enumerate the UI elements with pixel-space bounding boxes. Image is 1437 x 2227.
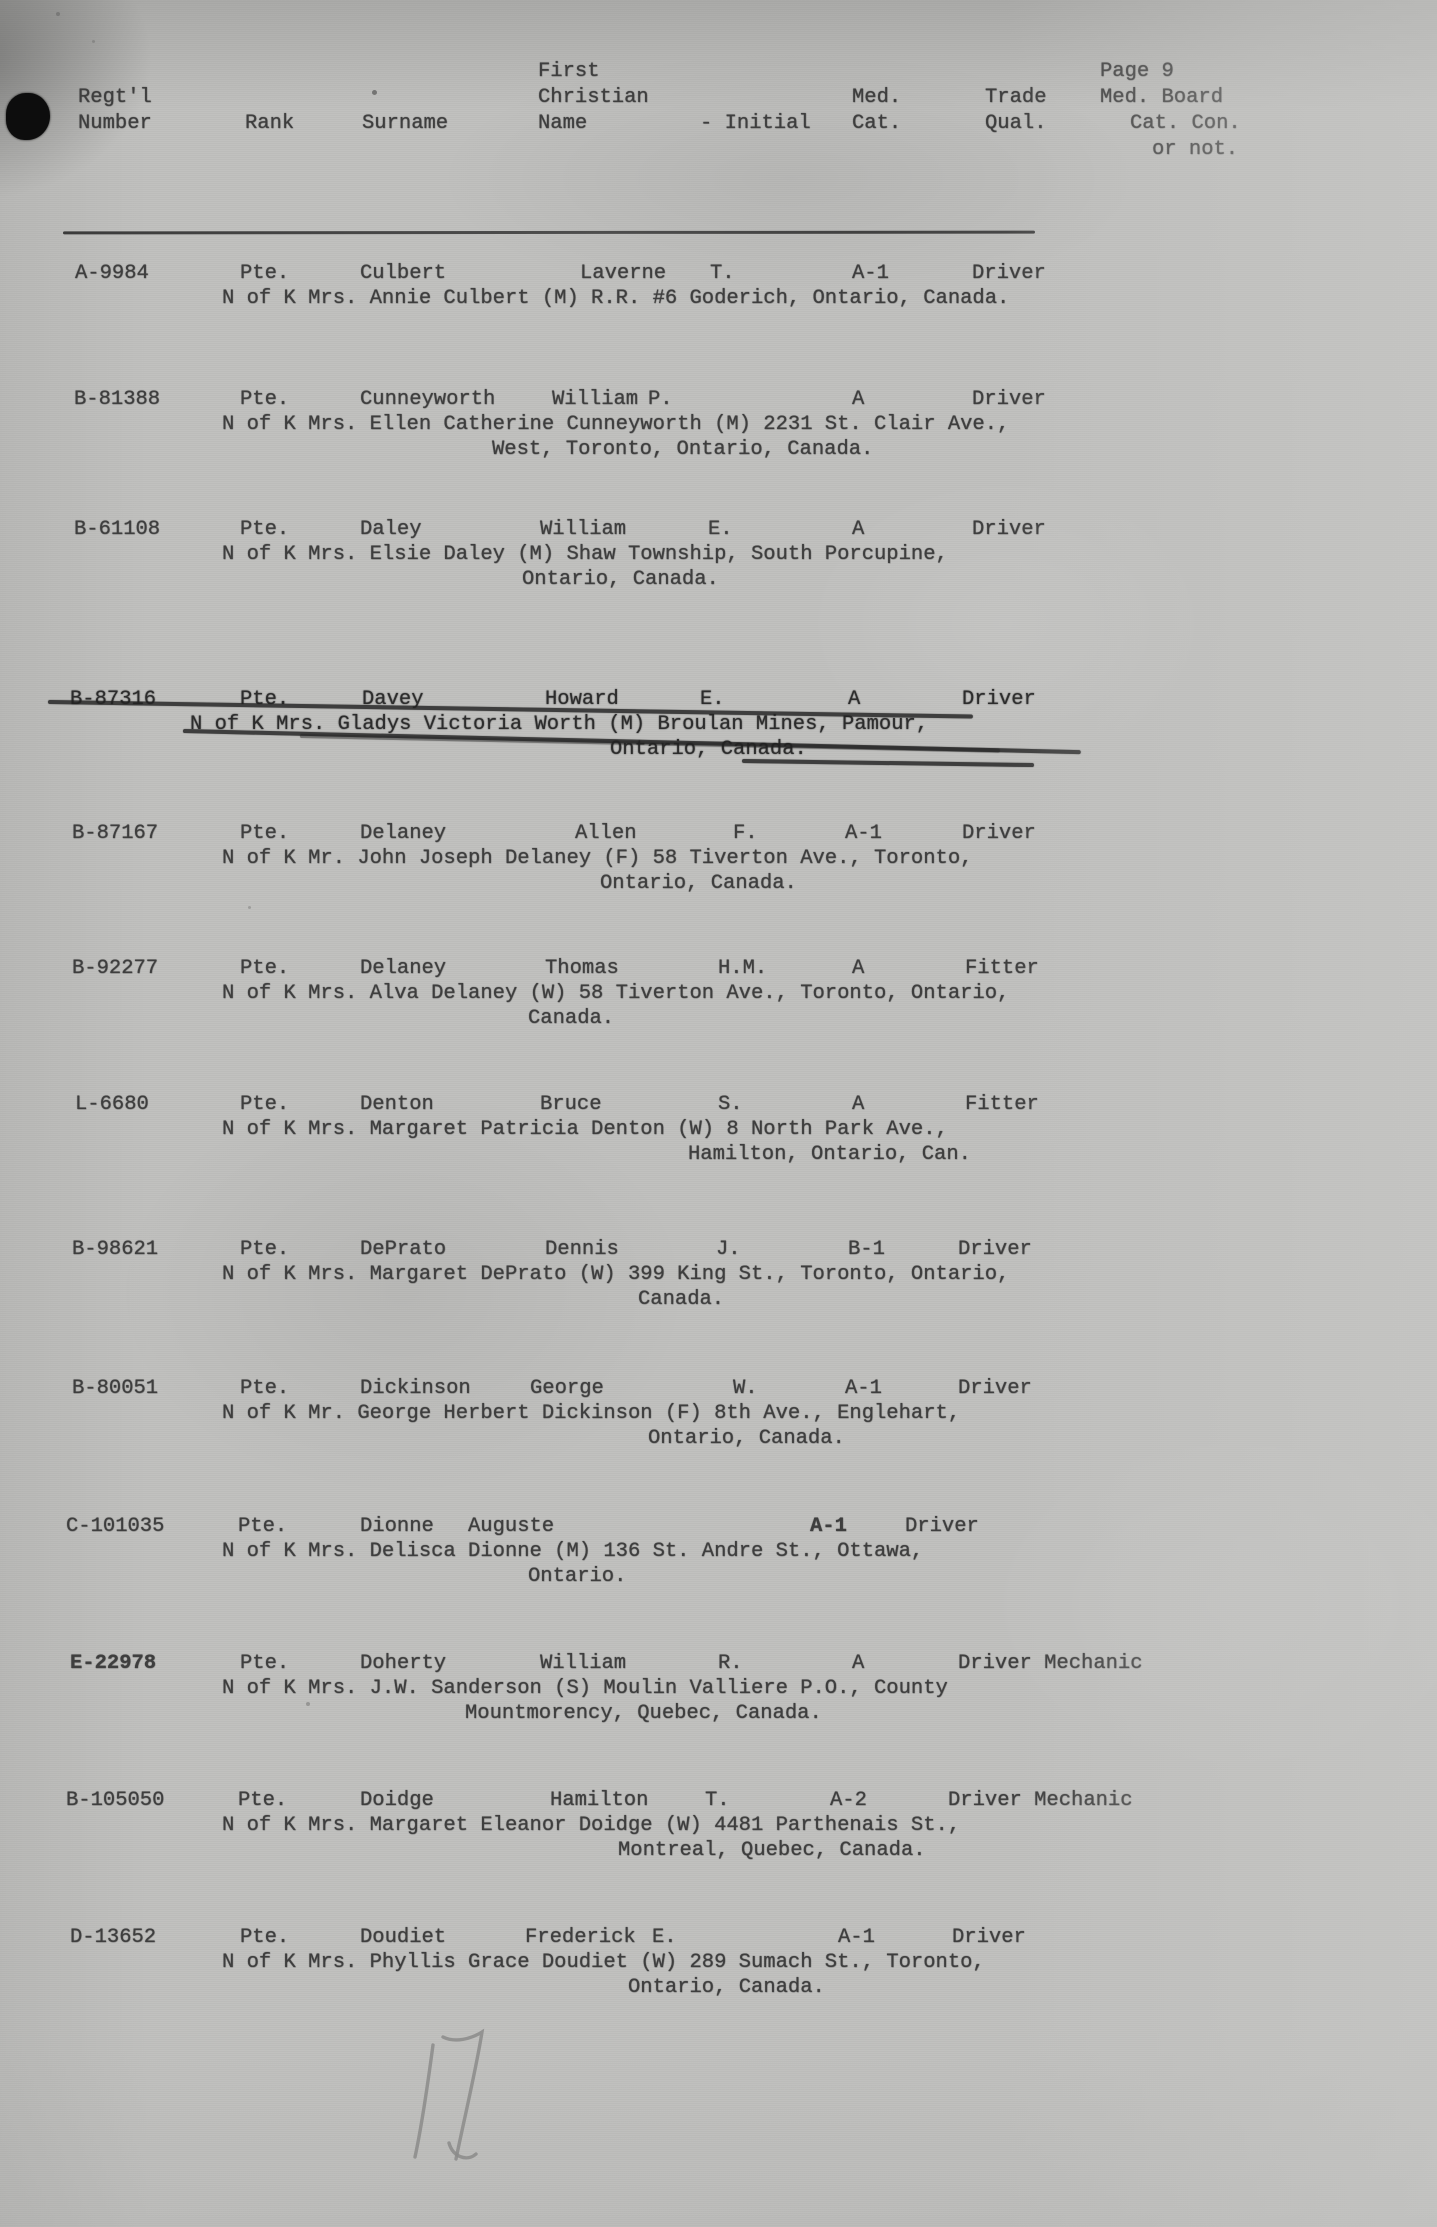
- med-cat: A-1: [852, 262, 889, 285]
- nok-line: N of K Mr. George Herbert Dickinson (F) …: [222, 1402, 960, 1425]
- surname: Dionne: [360, 1515, 434, 1538]
- first-name: Dennis: [545, 1238, 619, 1261]
- nok-line: N of K Mrs. Annie Culbert (M) R.R. #6 Go…: [222, 287, 1009, 310]
- surname: Doudiet: [360, 1926, 446, 1949]
- regtl-number: D-13652: [70, 1926, 156, 1949]
- roster-entry: C-101035 Pte. Dionne Auguste A-1 Driver …: [0, 1515, 1437, 1597]
- trade-qual: Driver Mechanic: [958, 1652, 1143, 1675]
- regtl-number: B-87167: [72, 822, 158, 845]
- roster-entry: A-9984 Pte. Culbert Laverne T. A-1 Drive…: [0, 262, 1437, 344]
- rank: Pte.: [240, 1093, 289, 1116]
- first-name: William: [540, 1652, 626, 1675]
- trade-qual: Driver Mechanic: [948, 1789, 1133, 1812]
- regtl-number: B-81388: [74, 388, 160, 411]
- nok-cont-line: Ontario.: [528, 1565, 626, 1588]
- ink-speck: [248, 906, 251, 909]
- med-cat: A: [852, 957, 864, 980]
- initial: H.M.: [718, 957, 767, 980]
- header-rule: [63, 231, 1035, 235]
- roster-entry: B-92277 Pte. Delaney Thomas H.M. A Fitte…: [0, 957, 1437, 1039]
- nok-cont-line: Hamilton, Ontario, Can.: [688, 1143, 971, 1166]
- rank: Pte.: [240, 1377, 289, 1400]
- nok-line: N of K Mrs. Delisca Dionne (M) 136 St. A…: [222, 1540, 923, 1563]
- trade-qual: Driver: [952, 1926, 1026, 1949]
- col-header-first-line2: Christian: [538, 86, 649, 109]
- rank: Pte.: [240, 518, 289, 541]
- col-header-initial: - Initial: [700, 112, 811, 135]
- regtl-number: C-101035: [66, 1515, 164, 1538]
- first-name: Allen: [575, 822, 637, 845]
- trade-qual: Fitter: [965, 957, 1039, 980]
- roster-entry-struck: B-87316 Pte. Davey Howard E. A Driver N …: [0, 688, 1437, 770]
- roster-entry: D-13652 Pte. Doudiet Frederick E. A-1 Dr…: [0, 1926, 1437, 2008]
- med-cat: A-1: [838, 1926, 875, 1949]
- med-cat: A: [848, 688, 860, 711]
- first-name: William: [552, 388, 638, 411]
- trade-qual: Driver: [962, 688, 1036, 711]
- nok-line: N of K Mrs. Margaret Eleanor Doidge (W) …: [222, 1814, 960, 1837]
- nok-line: N of K Mr. John Joseph Delaney (F) 58 Ti…: [222, 847, 972, 870]
- nok-cont-line: Ontario, Canada.: [522, 568, 719, 591]
- rank: Pte.: [240, 822, 289, 845]
- roster-entry: E-22978 Pte. Doherty William R. A Driver…: [0, 1652, 1437, 1734]
- first-name: Laverne: [580, 262, 666, 285]
- first-name: Bruce: [540, 1093, 602, 1116]
- scanned-roster-page: First Page 9 Regt'l Christian Med. Trade…: [0, 0, 1437, 2227]
- first-name: William: [540, 518, 626, 541]
- med-cat: A: [852, 1652, 864, 1675]
- surname: Daley: [360, 518, 422, 541]
- page-number-label: Page 9: [1100, 60, 1174, 83]
- initial: E.: [652, 1926, 677, 1949]
- initial: R.: [718, 1652, 743, 1675]
- med-cat: A-1: [845, 822, 882, 845]
- nok-cont-line: Ontario, Canada.: [648, 1427, 845, 1450]
- col-header-board-line1: Med. Board: [1100, 86, 1223, 109]
- col-header-trade-line1: Trade: [985, 86, 1047, 109]
- ink-speck: [92, 40, 95, 43]
- regtl-number: B-80051: [72, 1377, 158, 1400]
- ink-speck: [56, 12, 60, 16]
- rank: Pte.: [240, 688, 289, 711]
- med-cat: A: [852, 518, 864, 541]
- surname: Delaney: [360, 822, 446, 845]
- col-header-board-line2: Cat. Con.: [1130, 112, 1241, 135]
- first-name: George: [530, 1377, 604, 1400]
- regtl-number: B-105050: [66, 1789, 164, 1812]
- col-header-board-line3: or not.: [1152, 138, 1238, 161]
- nok-cont-line: Ontario, Canada.: [628, 1976, 825, 1999]
- rank: Pte.: [240, 1652, 289, 1675]
- rank: Pte.: [240, 1238, 289, 1261]
- initial: F.: [733, 822, 758, 845]
- roster-entry: L-6680 Pte. Denton Bruce S. A Fitter N o…: [0, 1093, 1437, 1175]
- nok-line: N of K Mrs. Margaret Patricia Denton (W)…: [222, 1118, 948, 1141]
- col-header-first-line1: First: [538, 60, 600, 83]
- surname: DePrato: [360, 1238, 446, 1261]
- first-name: Thomas: [545, 957, 619, 980]
- rank: Pte.: [240, 1926, 289, 1949]
- col-header-med-line1: Med.: [852, 86, 901, 109]
- initial: E.: [700, 688, 725, 711]
- rank: Pte.: [240, 262, 289, 285]
- med-cat: A: [852, 1093, 864, 1116]
- regtl-number: B-87316: [70, 688, 156, 711]
- initial: J.: [716, 1238, 741, 1261]
- initial: W.: [733, 1377, 758, 1400]
- surname: Culbert: [360, 262, 446, 285]
- med-cat: A-1: [845, 1377, 882, 1400]
- surname: Delaney: [360, 957, 446, 980]
- regtl-number: B-98621: [72, 1238, 158, 1261]
- roster-entry: B-98621 Pte. DePrato Dennis J. B-1 Drive…: [0, 1238, 1437, 1320]
- col-header-rank: Rank: [245, 112, 294, 135]
- pencil-note: [385, 2015, 515, 2175]
- regtl-number: A-9984: [75, 262, 149, 285]
- col-header-regtl-line2: Number: [78, 112, 152, 135]
- med-cat: A: [852, 388, 864, 411]
- trade-qual: Driver: [962, 822, 1036, 845]
- roster-entry: B-61108 Pte. Daley William E. A Driver N…: [0, 518, 1437, 600]
- roster-entry: B-81388 Pte. Cunneyworth William P. A Dr…: [0, 388, 1437, 470]
- trade-qual: Driver: [972, 262, 1046, 285]
- initial: S.: [718, 1093, 743, 1116]
- trade-qual: Driver: [958, 1238, 1032, 1261]
- nok-cont-line: Montreal, Quebec, Canada.: [618, 1839, 926, 1862]
- first-name: Hamilton: [550, 1789, 648, 1812]
- surname: Doidge: [360, 1789, 434, 1812]
- rank: Pte.: [240, 388, 289, 411]
- regtl-number: E-22978: [70, 1652, 156, 1675]
- regtl-number: B-92277: [72, 957, 158, 980]
- nok-cont-line: Canada.: [528, 1007, 614, 1030]
- nok-line: N of K Mrs. Elsie Daley (M) Shaw Townshi…: [222, 543, 948, 566]
- surname: Cunneyworth: [360, 388, 495, 411]
- roster-entry: B-105050 Pte. Doidge Hamilton T. A-2 Dri…: [0, 1789, 1437, 1871]
- nok-line: N of K Mrs. Phyllis Grace Doudiet (W) 28…: [222, 1951, 985, 1974]
- med-cat: A-1: [810, 1515, 847, 1538]
- nok-cont-line: West, Toronto, Ontario, Canada.: [492, 438, 873, 461]
- nok-line: N of K Mrs. Alva Delaney (W) 58 Tiverton…: [222, 982, 1009, 1005]
- col-header-regtl-line1: Regt'l: [78, 86, 152, 109]
- rank: Pte.: [238, 1789, 287, 1812]
- initial: E.: [708, 518, 733, 541]
- rank: Pte.: [238, 1515, 287, 1538]
- nok-line: N of K Mrs. Ellen Catherine Cunneyworth …: [222, 413, 1009, 436]
- trade-qual: Driver: [905, 1515, 979, 1538]
- first-name: Auguste: [468, 1515, 554, 1538]
- initial: T.: [705, 1789, 730, 1812]
- hole-punch-mark: [6, 93, 50, 140]
- strikethrough-line: [742, 759, 1034, 767]
- col-header-surname: Surname: [362, 112, 448, 135]
- trade-qual: Driver: [958, 1377, 1032, 1400]
- col-header-first-line3: Name: [538, 112, 587, 135]
- nok-cont-line: Canada.: [638, 1288, 724, 1311]
- surname: Doherty: [360, 1652, 446, 1675]
- col-header-trade-line2: Qual.: [985, 112, 1047, 135]
- initial: P.: [648, 388, 673, 411]
- trade-qual: Driver: [972, 518, 1046, 541]
- surname: Dickinson: [360, 1377, 471, 1400]
- nok-cont-line: Ontario, Canada.: [600, 872, 797, 895]
- initial: T.: [710, 262, 735, 285]
- trade-qual: Fitter: [965, 1093, 1039, 1116]
- nok-cont-line: Mountmorency, Quebec, Canada.: [465, 1702, 822, 1725]
- first-name: Frederick: [525, 1926, 636, 1949]
- med-cat: B-1: [848, 1238, 885, 1261]
- trade-qual: Driver: [972, 388, 1046, 411]
- regtl-number: L-6680: [75, 1093, 149, 1116]
- rank: Pte.: [240, 957, 289, 980]
- col-header-med-line2: Cat.: [852, 112, 901, 135]
- med-cat: A-2: [830, 1789, 867, 1812]
- regtl-number: B-61108: [74, 518, 160, 541]
- roster-entry: B-80051 Pte. Dickinson George W. A-1 Dri…: [0, 1377, 1437, 1459]
- surname: Denton: [360, 1093, 434, 1116]
- nok-line: N of K Mrs. Margaret DePrato (W) 399 Kin…: [222, 1263, 1009, 1286]
- ink-speck: [372, 90, 377, 95]
- nok-line: N of K Mrs. J.W. Sanderson (S) Moulin Va…: [222, 1677, 948, 1700]
- roster-entry: B-87167 Pte. Delaney Allen F. A-1 Driver…: [0, 822, 1437, 904]
